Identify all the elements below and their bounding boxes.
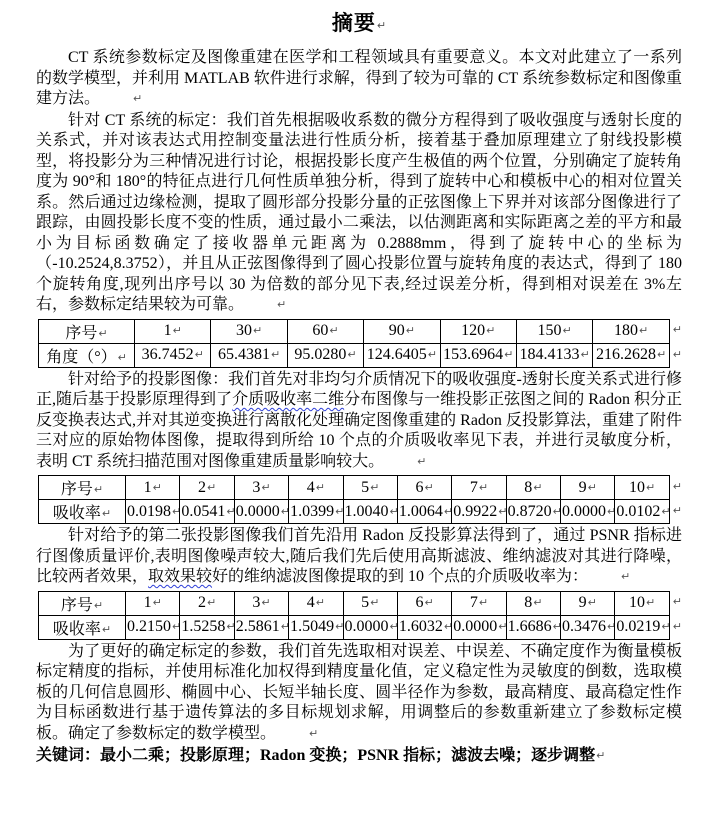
value-cell: 4↵ [289,476,343,500]
cell-end-mark: ↵ [498,620,506,633]
value-cell: 90↵ [364,319,440,343]
cell-end-mark: ↵ [406,324,415,337]
cell-end-mark: ↵ [657,348,666,361]
cell-end-mark: ↵ [226,505,234,518]
cell-end-mark: ↵ [390,505,398,518]
cell-end-mark: ↵ [335,620,343,633]
keywords-line: 关键词：最小二乘；投影原理；Radon 变换；PSNR 指标；滤波去噪；逐步调整… [36,745,682,767]
cell-end-mark: ↵ [195,348,204,361]
cell-end-mark: ↵ [444,620,452,633]
value-cell: 60↵ [287,319,363,343]
cell-end-mark: ↵ [281,505,289,518]
table-row: 序号↵1↵2↵3↵4↵5↵6↵7↵8↵9↵10↵ [39,476,670,500]
paragraph-calibration-text: 针对 CT 系统的标定：我们首先根据吸收系数的微分方程得到了吸收强度与透射长度的… [36,112,682,314]
value-cell: 7↵ [452,476,506,500]
cell-end-mark: ↵ [563,324,572,337]
cell-end-mark: ↵ [553,505,561,518]
cell-end-mark: ↵ [153,596,162,609]
cell-end-mark: ↵ [486,324,495,337]
value-cell: 0.0000↵ [234,500,288,524]
row-end-marks: ↵↵ [672,319,682,368]
value-cell: 0.8720↵ [506,500,560,524]
document-page: 摘要↵ CT 系统参数标定及图像重建在医学和工程领域具有重要意义。本文对此建立了… [0,0,716,815]
value-cell: 1.5049↵ [289,615,343,639]
value-cell: 36.7452↵ [135,343,211,367]
cell-end-mark: ↵ [424,596,433,609]
value-cell: 95.0280↵ [287,343,363,367]
row-end-mark: ↵ [673,348,682,361]
value-cell: 3↵ [234,591,288,615]
cell-end-mark: ↵ [316,481,325,494]
rotation-angle-table-wrap: 序号↵1↵30↵60↵90↵120↵150↵180↵角度（°）↵36.7452↵… [38,319,682,368]
cell-end-mark: ↵ [533,481,542,494]
value-cell: 5↵ [343,476,397,500]
value-cell: 2↵ [180,591,234,615]
cell-end-mark: ↵ [94,599,103,612]
cell-end-mark: ↵ [553,620,561,633]
row-header-cell: 序号↵ [39,319,135,343]
value-cell: 6↵ [397,476,451,500]
row-header-cell: 吸收率↵ [39,500,126,524]
cell-end-mark: ↵ [370,596,379,609]
row-header-cell: 角度（°）↵ [39,343,135,367]
cell-end-mark: ↵ [370,481,379,494]
cell-end-mark: ↵ [172,620,180,633]
cell-end-mark: ↵ [261,596,270,609]
value-cell: 124.6405↵ [364,343,440,367]
cell-end-mark: ↵ [607,505,615,518]
value-cell: 0.0000↵ [343,615,397,639]
paragraph-mark: ↵ [385,452,426,473]
row-header-cell: 序号↵ [39,476,126,500]
paragraph-intro: CT 系统参数标定及图像重建在医学和工程领域具有重要意义。本文对此建立了一系列的… [36,48,682,111]
paragraph-optimization-text: 为了更好的确定标定的参数，我们首先选取相对误差、中误差、不确定度作为衡量模板标定… [36,643,682,742]
cell-end-mark: ↵ [261,481,270,494]
value-cell: 1.6686↵ [506,615,560,639]
paragraph-mark: ↵ [101,89,142,110]
value-cell: 6↵ [397,591,451,615]
row-end-marks: ↵↵ [672,475,682,524]
row-end-mark: ↵ [673,620,682,633]
cell-end-mark: ↵ [498,505,506,518]
paragraph-mark: ↵ [245,295,286,316]
value-cell: 9↵ [561,476,615,500]
cell-end-mark: ↵ [98,327,107,340]
value-cell: 10↵ [615,591,669,615]
row-end-mark: ↵ [673,595,682,608]
value-cell: 120↵ [440,319,516,343]
rotation-angle-table: 序号↵1↵30↵60↵90↵120↵150↵180↵角度（°）↵36.7452↵… [38,319,670,368]
value-cell: 10↵ [615,476,669,500]
value-cell: 0.0102↵ [615,500,669,524]
value-cell: 0.0541↵ [180,500,234,524]
cell-end-mark: ↵ [153,481,162,494]
paragraph-optimization: 为了更好的确定标定的参数，我们首先选取相对误差、中误差、不确定度作为衡量模板标定… [36,642,682,746]
value-cell: 1↵ [135,319,211,343]
cell-end-mark: ↵ [639,324,648,337]
cell-end-mark: ↵ [172,505,180,518]
table-row: 吸收率↵0.0198↵0.0541↵0.0000↵1.0399↵1.0040↵1… [39,500,670,524]
spellcheck-wavy-text: 取效果较 [148,568,212,585]
cell-end-mark: ↵ [646,596,655,609]
value-cell: 1.5258↵ [180,615,234,639]
value-cell: 3↵ [234,476,288,500]
absorption-rate-table-2: 序号↵1↵2↵3↵4↵5↵6↵7↵8↵9↵10↵吸收率↵0.2150↵1.525… [38,591,670,640]
table-row: 序号↵1↵30↵60↵90↵120↵150↵180↵ [39,319,670,343]
value-cell: 153.6964↵ [440,343,516,367]
table-row: 角度（°）↵36.7452↵65.4381↵95.0280↵124.6405↵1… [39,343,670,367]
cell-end-mark: ↵ [207,481,216,494]
value-cell: 65.4381↵ [211,343,287,367]
abstract-title-text: 摘要 [332,11,376,35]
cell-end-mark: ↵ [588,596,597,609]
value-cell: 0.0000↵ [561,500,615,524]
cell-end-mark: ↵ [329,324,338,337]
cell-end-mark: ↵ [424,481,433,494]
cell-end-mark: ↵ [444,505,452,518]
abstract-title: 摘要↵ [36,10,682,40]
value-cell: 5↵ [343,591,397,615]
cell-end-mark: ↵ [335,505,343,518]
cell-end-mark: ↵ [607,620,615,633]
value-cell: 8↵ [506,476,560,500]
cell-end-mark: ↵ [316,596,325,609]
value-cell: 1.6032↵ [397,615,451,639]
cell-end-mark: ↵ [253,324,262,337]
absorption-rate-table-1: 序号↵1↵2↵3↵4↵5↵6↵7↵8↵9↵10↵吸收率↵0.0198↵0.054… [38,475,670,524]
row-header-cell: 吸收率↵ [39,615,126,639]
value-cell: 9↵ [561,591,615,615]
cell-end-mark: ↵ [271,348,280,361]
paragraph-mark: ↵ [277,724,318,745]
value-cell: 0.3476↵ [561,615,615,639]
value-cell: 2↵ [180,476,234,500]
cell-end-mark: ↵ [173,324,182,337]
value-cell: 0.9922↵ [452,500,506,524]
paragraph-second-image-text-after: 好的维纳滤波图像提取的到 10 个点的介质吸收率为： [212,568,588,585]
value-cell: 0.0000↵ [452,615,506,639]
cell-end-mark: ↵ [661,505,669,518]
cell-end-mark: ↵ [504,348,513,361]
paragraph-mark: ↵ [589,567,630,588]
paragraph-mark: ↵ [377,13,386,39]
cell-end-mark: ↵ [281,620,289,633]
paragraph-projection: 针对给予的投影图像：我们首先对非均匀介质情况下的吸收强度-透射长度关系式进行修正… [36,370,682,474]
table-row: 吸收率↵0.2150↵1.5258↵2.5861↵1.5049↵0.0000↵1… [39,615,670,639]
value-cell: 216.2628↵ [593,343,669,367]
value-cell: 0.2150↵ [126,615,180,639]
paragraph-second-image: 针对给予的第二张投影图像我们首先沿用 Radon 反投影算法得到了，通过 PSN… [36,526,682,589]
cell-end-mark: ↵ [207,596,216,609]
cell-end-mark: ↵ [588,481,597,494]
cell-end-mark: ↵ [226,620,234,633]
cell-end-mark: ↵ [428,348,437,361]
value-cell: 1.0064↵ [397,500,451,524]
value-cell: 150↵ [516,319,592,343]
value-cell: 7↵ [452,591,506,615]
absorption-table-2-wrap: 序号↵1↵2↵3↵4↵5↵6↵7↵8↵9↵10↵吸收率↵0.2150↵1.525… [38,591,682,640]
table-row: 序号↵1↵2↵3↵4↵5↵6↵7↵8↵9↵10↵ [39,591,670,615]
row-end-mark: ↵ [673,323,682,336]
keywords-text: 关键词：最小二乘；投影原理；Radon 变换；PSNR 指标；滤波去噪；逐步调整 [36,747,595,764]
paragraph-calibration: 针对 CT 系统的标定：我们首先根据吸收系数的微分方程得到了吸收强度与透射长度的… [36,111,682,317]
cell-end-mark: ↵ [479,481,488,494]
value-cell: 180↵ [593,319,669,343]
spellcheck-wavy-text: 介质吸收率二维 [232,391,344,408]
value-cell: 0.0219↵ [615,615,669,639]
cell-end-mark: ↵ [102,507,111,520]
value-cell: 8↵ [506,591,560,615]
cell-end-mark: ↵ [347,348,356,361]
value-cell: 1↵ [126,476,180,500]
cell-end-mark: ↵ [94,483,103,496]
cell-end-mark: ↵ [118,351,127,364]
value-cell: 0.0198↵ [126,500,180,524]
value-cell: 1.0399↵ [289,500,343,524]
cell-end-mark: ↵ [533,596,542,609]
value-cell: 184.4133↵ [516,343,592,367]
row-end-mark: ↵ [673,480,682,493]
row-end-mark: ↵ [673,504,682,517]
cell-end-mark: ↵ [102,623,111,636]
value-cell: 30↵ [211,319,287,343]
row-end-marks: ↵↵ [672,591,682,640]
cell-end-mark: ↵ [661,620,669,633]
cell-end-mark: ↵ [479,596,488,609]
row-header-cell: 序号↵ [39,591,126,615]
cell-end-mark: ↵ [581,348,590,361]
absorption-table-1-wrap: 序号↵1↵2↵3↵4↵5↵6↵7↵8↵9↵10↵吸收率↵0.0198↵0.054… [38,475,682,524]
cell-end-mark: ↵ [390,620,398,633]
cell-end-mark: ↵ [646,481,655,494]
value-cell: 1↵ [126,591,180,615]
value-cell: 4↵ [289,591,343,615]
paragraph-mark: ↵ [596,745,605,766]
value-cell: 1.0040↵ [343,500,397,524]
value-cell: 2.5861↵ [234,615,288,639]
